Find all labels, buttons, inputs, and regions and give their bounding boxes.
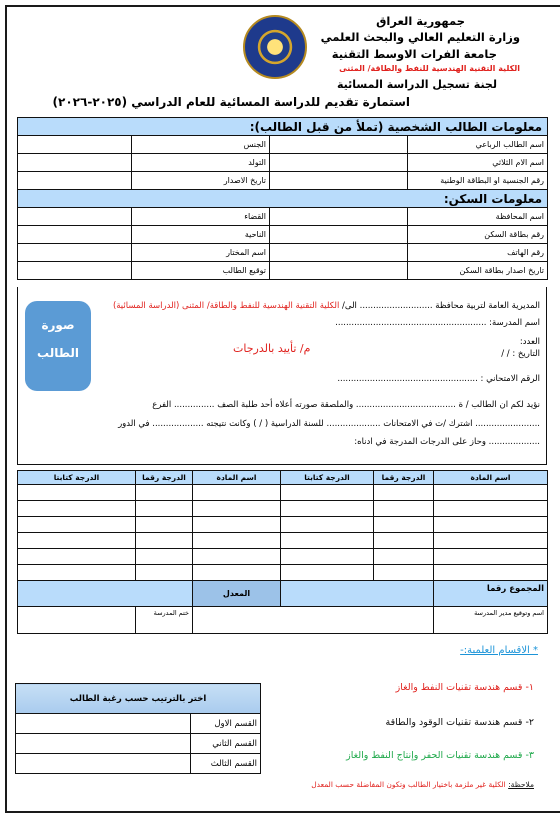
grades-intro-line[interactable]: ................... وحاز على الدرجات الم… <box>354 437 540 447</box>
third-choice-field[interactable] <box>16 754 191 774</box>
grade-cell[interactable] <box>18 533 136 549</box>
exam-result-line[interactable]: ........................ اشترك /ت في الا… <box>118 419 540 429</box>
field-label: التولد <box>132 154 270 172</box>
grade-cell[interactable] <box>434 549 548 565</box>
number-line: العدد: <box>520 337 540 347</box>
field-label: رقم الهاتف <box>408 244 548 262</box>
principal-label: اسم وتوقيع مدير المدرسة <box>434 607 548 634</box>
average-field[interactable] <box>18 581 193 607</box>
grade-cell[interactable] <box>18 565 136 581</box>
column-header: الدرجة رقما <box>374 471 434 485</box>
header-college: الكلية التقنية الهندسية للنفط والطاقة/ ا… <box>339 64 520 73</box>
field-label: اسم الطالب الرباعي <box>408 136 548 154</box>
principal-signature-field[interactable] <box>193 607 434 634</box>
mother-name-field[interactable] <box>270 154 408 172</box>
school-name-line[interactable]: اسم المدرسة: ...........................… <box>335 318 540 328</box>
table-row: القسم الاول <box>16 714 261 734</box>
grade-cell[interactable] <box>281 533 374 549</box>
table-row <box>18 549 548 565</box>
grade-cell[interactable] <box>193 533 281 549</box>
table-row: رقم بطاقة السكن الناحية <box>18 226 548 244</box>
table-row <box>18 485 548 501</box>
field-label: توقيع الطالب <box>132 262 270 280</box>
grade-cell[interactable] <box>374 565 434 581</box>
field-label: الناحية <box>132 226 270 244</box>
phone-field[interactable] <box>270 244 408 262</box>
preference-label: القسم الاول <box>191 714 261 734</box>
grade-cell[interactable] <box>374 533 434 549</box>
grade-cell[interactable] <box>18 485 136 501</box>
grade-cell[interactable] <box>193 549 281 565</box>
card-issue-date-field[interactable] <box>270 262 408 280</box>
preference-label: القسم الثاني <box>191 734 261 754</box>
confirm-line[interactable]: نؤيد لكم ان الطالب / ة .................… <box>152 400 540 410</box>
table-row: اسم الطالب الرباعي الجنس <box>18 136 548 154</box>
grade-cell[interactable] <box>374 549 434 565</box>
header-country: جمهورية العراق <box>376 14 465 28</box>
field-label: اسم المحافظة <box>408 208 548 226</box>
student-photo-box[interactable]: صورة الطالب <box>25 301 91 391</box>
department-fuel-energy: ٢- قسم هندسة تقنيات الوقود والطاقة <box>386 717 534 728</box>
grade-cell[interactable] <box>136 517 193 533</box>
grade-cell[interactable] <box>136 533 193 549</box>
letter-subject: م/ تأييد بالدرجات <box>233 342 310 355</box>
grade-cell[interactable] <box>434 501 548 517</box>
average-label: المعدل <box>193 581 281 607</box>
grade-cell[interactable] <box>434 533 548 549</box>
field-label: رقم بطاقة السكن <box>408 226 548 244</box>
grade-cell[interactable] <box>434 565 548 581</box>
column-header: اسم المادة <box>193 471 281 485</box>
residence-card-field[interactable] <box>270 226 408 244</box>
grade-cell[interactable] <box>374 501 434 517</box>
grade-cell[interactable] <box>374 485 434 501</box>
preference-label: القسم الثالث <box>191 754 261 774</box>
subdistrict-field[interactable] <box>18 226 132 244</box>
table-row: اسم المحافظة القضاء <box>18 208 548 226</box>
grade-cell[interactable] <box>18 549 136 565</box>
preference-header: اختر بالترتيب حسب رغبة الطالب <box>16 684 261 714</box>
district-field[interactable] <box>18 208 132 226</box>
stamp-field[interactable] <box>18 607 136 634</box>
student-name-field[interactable] <box>270 136 408 154</box>
national-id-field[interactable] <box>270 172 408 190</box>
field-label: تاريخ الاصدار <box>132 172 270 190</box>
grade-cell[interactable] <box>281 565 374 581</box>
signature-row: اسم وتوقيع مدير المدرسة ختم المدرسة <box>18 607 548 634</box>
field-label: القضاء <box>132 208 270 226</box>
university-logo-icon <box>243 15 307 79</box>
second-choice-field[interactable] <box>16 734 191 754</box>
gender-field[interactable] <box>18 136 132 154</box>
birth-field[interactable] <box>18 154 132 172</box>
date-line[interactable]: التاريخ : / / <box>501 349 540 359</box>
grade-cell[interactable] <box>193 501 281 517</box>
grade-cell[interactable] <box>136 549 193 565</box>
grade-cell[interactable] <box>193 565 281 581</box>
residence-section-title: معلومات السكن: <box>18 190 548 208</box>
grade-cell[interactable] <box>374 517 434 533</box>
departments-title: * الاقسام العلمية:- <box>460 645 538 656</box>
table-row <box>18 565 548 581</box>
department-preference-table: اختر بالترتيب حسب رغبة الطالب القسم الاو… <box>15 683 261 774</box>
header-ministry: وزارة التعليم العالي والبحث العلمي <box>321 30 520 44</box>
issue-date-field[interactable] <box>18 172 132 190</box>
table-row: رقم الهاتف اسم المختار <box>18 244 548 262</box>
grade-cell[interactable] <box>136 501 193 517</box>
field-label: رقم الجنسية او البطاقة الوطنية <box>408 172 548 190</box>
student-info-table: معلومات الطالب الشخصية (تملأ من قبل الطا… <box>17 117 548 280</box>
grade-cell[interactable] <box>193 485 281 501</box>
grade-cell[interactable] <box>281 517 374 533</box>
table-row: رقم الجنسية او البطاقة الوطنية تاريخ الا… <box>18 172 548 190</box>
department-drilling-production: ٣- قسم هندسة تقنيات الحفر وإنتاج النفط و… <box>346 750 534 761</box>
table-row: القسم الثاني <box>16 734 261 754</box>
grade-cell[interactable] <box>18 517 136 533</box>
header-university: جامعة الفرات الاوسط التقنية <box>332 47 497 61</box>
table-row: تاريخ اصدار بطاقة السكن توقيع الطالب <box>18 262 548 280</box>
student-signature-field[interactable] <box>18 262 132 280</box>
grade-cell[interactable] <box>193 517 281 533</box>
note: ملاحظة: الكلية غير ملزمة باختيار الطالب … <box>311 780 534 789</box>
field-label: الجنس <box>132 136 270 154</box>
stamp-label: ختم المدرسة <box>136 607 193 634</box>
grade-cell[interactable] <box>281 501 374 517</box>
grade-cell[interactable] <box>136 485 193 501</box>
table-row: القسم الثالث <box>16 754 261 774</box>
grade-cell[interactable] <box>434 517 548 533</box>
header-committee: لجنة تسجيل الدراسة المسائية <box>337 78 497 91</box>
total-label: المجموع رقما <box>434 581 548 607</box>
mukhtar-field[interactable] <box>18 244 132 262</box>
grade-cell[interactable] <box>136 565 193 581</box>
letter-line-directorate: المديرية العامة لتربية محافظة ..........… <box>113 301 540 311</box>
grades-confirmation-letter: المديرية العامة لتربية محافظة ..........… <box>17 287 547 465</box>
first-choice-field[interactable] <box>16 714 191 734</box>
grade-cell[interactable] <box>281 485 374 501</box>
total-field[interactable] <box>281 581 434 607</box>
field-label: تاريخ اصدار بطاقة السكن <box>408 262 548 280</box>
grade-cell[interactable] <box>18 501 136 517</box>
table-row <box>18 533 548 549</box>
governorate-field[interactable] <box>270 208 408 226</box>
grade-cell[interactable] <box>434 485 548 501</box>
department-oil-gas: ١- قسم هندسة تقنيات النفط والغاز <box>396 682 534 693</box>
column-header: الدرجة رقما <box>136 471 193 485</box>
exam-number-line[interactable]: الرقم الامتحاني : ......................… <box>337 374 540 384</box>
personal-section-title: معلومات الطالب الشخصية (تملأ من قبل الطا… <box>18 118 548 136</box>
total-row: المجموع رقما المعدل <box>18 581 548 607</box>
form-title: استمارة تقديم للدراسة المسائية للعام الد… <box>53 95 410 109</box>
column-header: الدرجة كتابتا <box>281 471 374 485</box>
field-label: اسم الام الثلاثي <box>408 154 548 172</box>
column-header: اسم المادة <box>434 471 548 485</box>
table-row <box>18 501 548 517</box>
table-row <box>18 517 548 533</box>
field-label: اسم المختار <box>132 244 270 262</box>
column-header: الدرجة كتابتا <box>18 471 136 485</box>
grades-table: اسم المادة الدرجة رقما الدرجة كتابتا اسم… <box>17 470 548 634</box>
grade-cell[interactable] <box>281 549 374 565</box>
table-row: اسم الام الثلاثي التولد <box>18 154 548 172</box>
